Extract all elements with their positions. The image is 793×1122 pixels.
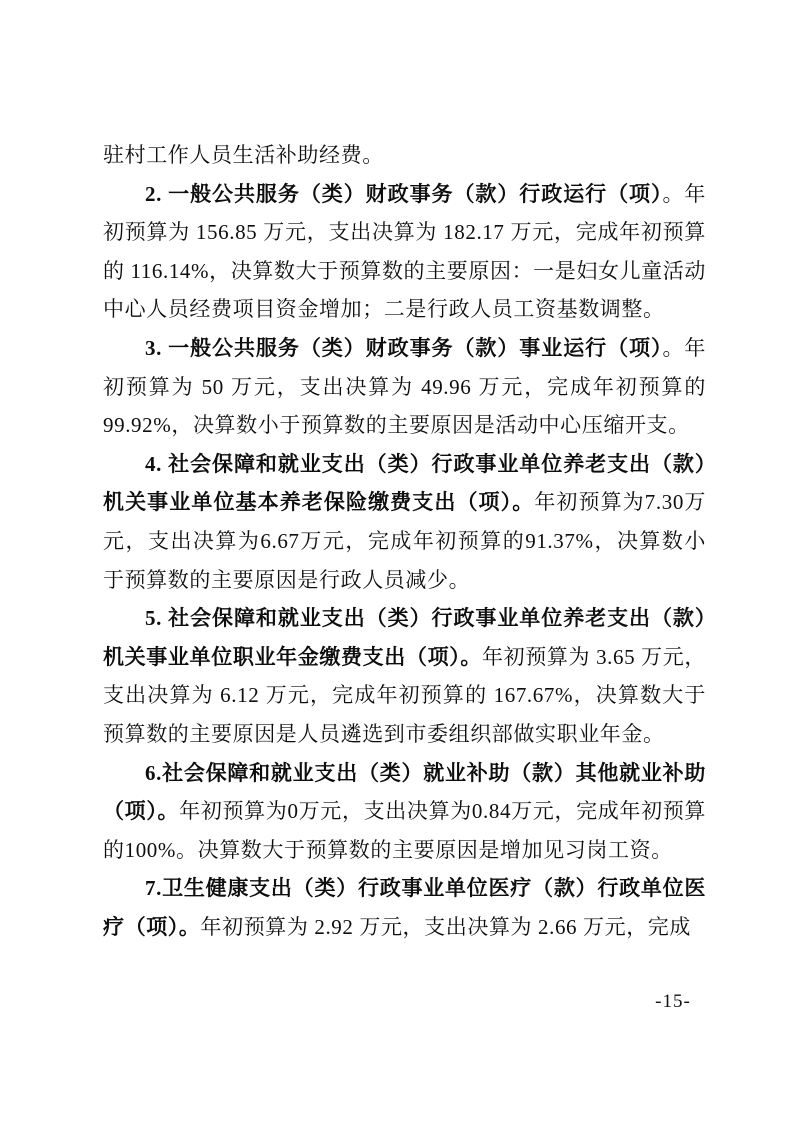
paragraph-6-body: 年初预算为0万元，支出决算为0.84万元，完成年初预算的100%。决算数大于预算… bbox=[103, 799, 706, 862]
paragraph-4: 4. 社会保障和就业支出（类）行政事业单位养老支出（款）机关事业单位基本养老保险… bbox=[103, 445, 706, 599]
paragraph-5: 5. 社会保障和就业支出（类）行政事业单位养老支出（款）机关事业单位职业年金缴费… bbox=[103, 599, 706, 753]
document-page: 驻村工作人员生活补助经费。 2. 一般公共服务（类）财政事务（款）行政运行（项）… bbox=[0, 0, 793, 1122]
document-body: 驻村工作人员生活补助经费。 2. 一般公共服务（类）财政事务（款）行政运行（项）… bbox=[103, 136, 706, 946]
paragraph-7: 7.卫生健康支出（类）行政事业单位医疗（款）行政单位医疗（项）。年初预算为 2.… bbox=[103, 869, 706, 946]
paragraph-6: 6.社会保障和就业支出（类）就业补助（款）其他就业补助（项）。年初预算为0万元，… bbox=[103, 754, 706, 870]
paragraph-2-heading: 2. 一般公共服务（类）财政事务（款）行政运行（项） bbox=[145, 182, 662, 206]
paragraph-3-heading: 3. 一般公共服务（类）财政事务（款）事业运行（项） bbox=[145, 336, 662, 360]
paragraph-7-body: 年初预算为 2.92 万元，支出决算为 2.66 万元，完成 bbox=[201, 915, 692, 939]
paragraph-2: 2. 一般公共服务（类）财政事务（款）行政运行（项）。年初预算为 156.85 … bbox=[103, 175, 706, 329]
page-number: -15- bbox=[648, 991, 698, 1013]
continuation-text: 驻村工作人员生活补助经费。 bbox=[103, 136, 706, 175]
paragraph-3: 3. 一般公共服务（类）财政事务（款）事业运行（项）。年初预算为 50 万元，支… bbox=[103, 329, 706, 445]
